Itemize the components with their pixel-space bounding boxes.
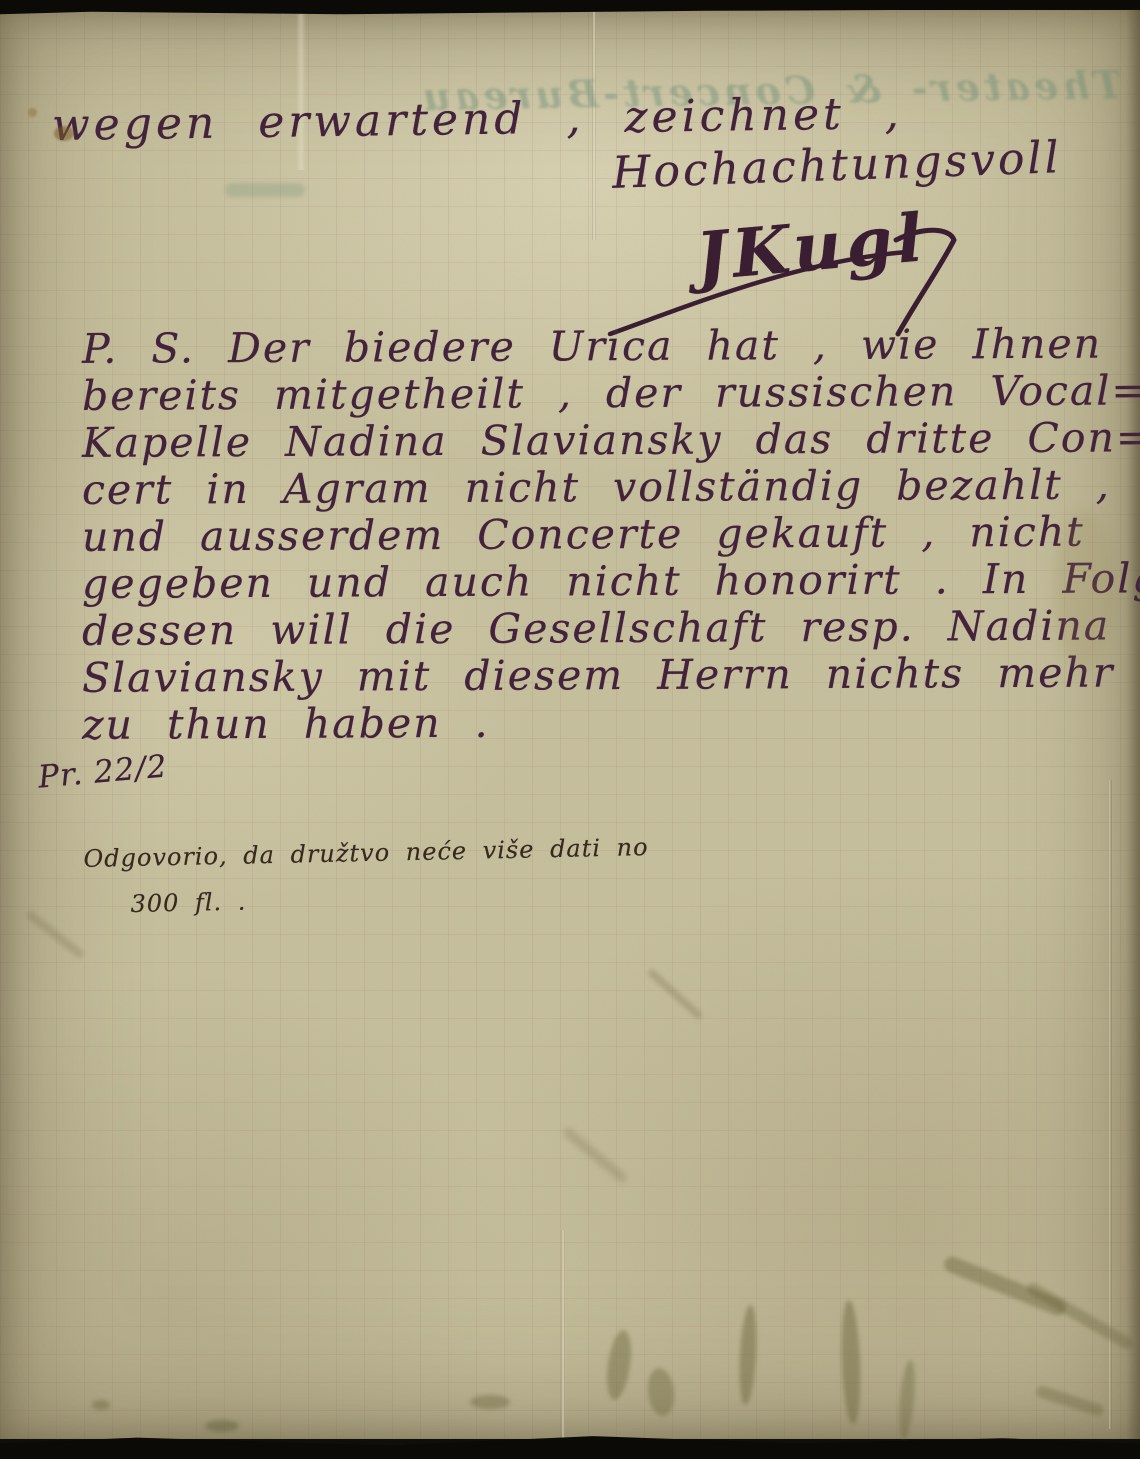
postscript-line: und ausserdem Concerte gekauft , nicht: [82, 507, 1140, 560]
postscript-line: Slaviansky mit diesem Herrn nichts mehr: [82, 648, 1140, 701]
paper-edge-line: [1109, 780, 1112, 1429]
postscript-line: Kapelle Nadina Slaviansky das dritte Con…: [82, 413, 1140, 466]
postscript-line: bereits mitgetheilt , der russischen Voc…: [82, 366, 1140, 419]
reply-note: Odgovorio, da družtvo neće više dati no …: [83, 824, 650, 928]
postscript-line: gegeben und auch nicht honorirt . In Fol…: [82, 554, 1140, 607]
postscript-line: dessen will die Gesellschaft resp. Nadin…: [82, 601, 1140, 654]
postscript-line: P. S. Der biedere Urica hat , wie Ihnen: [82, 319, 1140, 372]
postscript-paragraph: P. S. Der biedere Urica hat , wie Ihnen …: [82, 322, 1140, 745]
postscript-line: zu thun haben .: [82, 695, 1140, 748]
letter-scan: Theater- & Concert-Bureau wegen erwarten…: [0, 0, 1140, 1459]
postscript-line: cert in Agram nicht vollständig bezahlt …: [82, 460, 1140, 513]
